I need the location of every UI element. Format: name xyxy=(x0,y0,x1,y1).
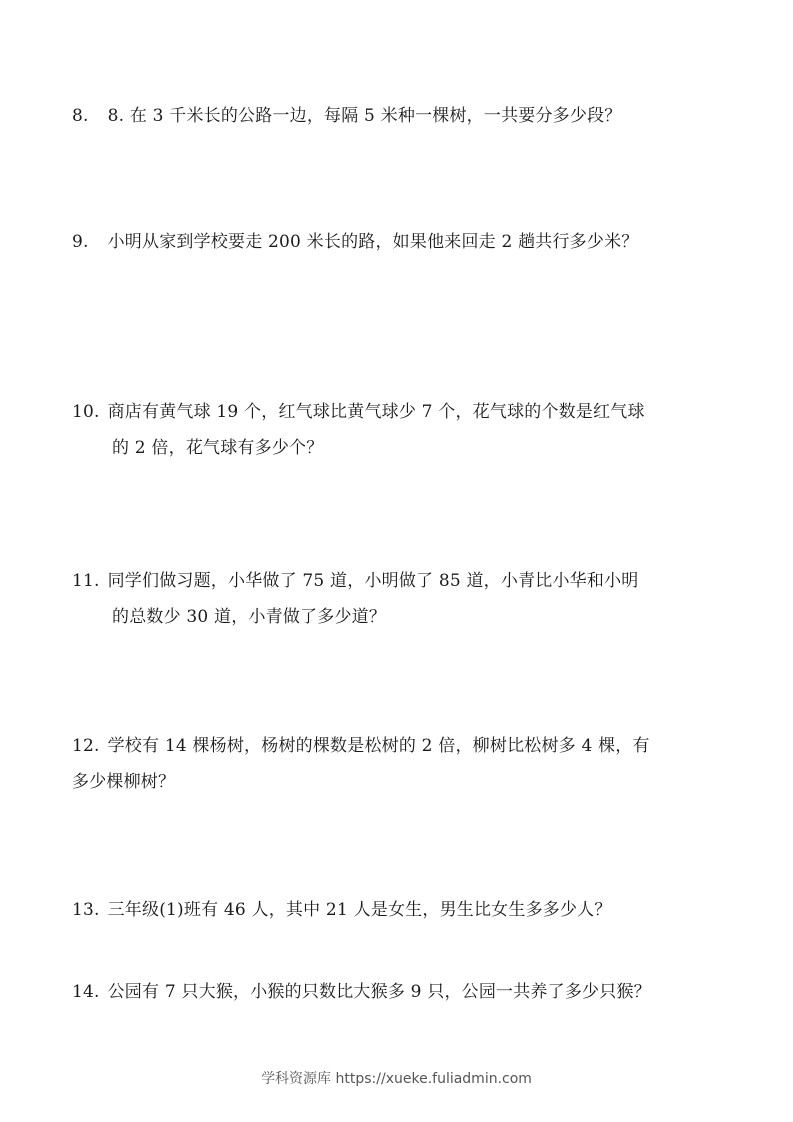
question-number: 10. xyxy=(72,394,102,430)
question-11: 11. 同学们做习题，小华做了 75 道，小明做了 85 道，小青比小华和小明 … xyxy=(72,563,732,635)
question-14: 14. 公园有 7 只大猴，小猴的只数比大猴多 9 只，公园一共养了多少只猴？ xyxy=(72,974,732,1010)
question-text-continued: 多少棵柳树？ xyxy=(72,764,732,800)
question-text-continued: 的总数少 30 道，小青做了多少道？ xyxy=(72,599,732,635)
question-text: 小明从家到学校要走 200 米长的路，如果他来回走 2 趟共行多少米？ xyxy=(108,232,639,252)
question-text: 学校有 14 棵杨树，杨树的棵数是松树的 2 倍，柳树比松树多 4 棵，有 xyxy=(108,736,650,756)
question-8: 8. 8. 在 3 千米长的公路一边，每隔 5 米种一棵树，一共要分多少段？ xyxy=(72,98,732,134)
question-12: 12. 学校有 14 棵杨树，杨树的棵数是松树的 2 倍，柳树比松树多 4 棵，… xyxy=(72,728,732,800)
question-text: 公园有 7 只大猴，小猴的只数比大猴多 9 只，公园一共养了多少只猴？ xyxy=(108,982,651,1002)
question-text-continued: 的 2 倍，花气球有多少个？ xyxy=(72,430,732,466)
question-9: 9. 小明从家到学校要走 200 米长的路，如果他来回走 2 趟共行多少米？ xyxy=(72,224,732,260)
question-text: 三年级(1)班有 46 人，其中 21 人是女生，男生比女生多多少人？ xyxy=(108,900,612,920)
question-10: 10. 商店有黄气球 19 个，红气球比黄气球少 7 个，花气球的个数是红气球 … xyxy=(72,394,732,466)
question-number: 13. xyxy=(72,892,102,928)
question-number: 12. xyxy=(72,728,102,764)
question-text: 同学们做习题，小华做了 75 道，小明做了 85 道，小青比小华和小明 xyxy=(108,571,639,591)
question-text: 8. 在 3 千米长的公路一边，每隔 5 米种一棵树，一共要分多少段？ xyxy=(108,106,622,126)
question-number: 9. xyxy=(72,224,102,260)
question-number: 11. xyxy=(72,563,102,599)
question-number: 8. xyxy=(72,98,102,134)
question-number: 14. xyxy=(72,974,102,1010)
question-13: 13. 三年级(1)班有 46 人，其中 21 人是女生，男生比女生多多少人？ xyxy=(72,892,732,928)
footer-watermark: 学科资源库 https://xueke.fuliadmin.com xyxy=(0,1068,793,1088)
question-text: 商店有黄气球 19 个，红气球比黄气球少 7 个，花气球的个数是红气球 xyxy=(108,402,645,422)
